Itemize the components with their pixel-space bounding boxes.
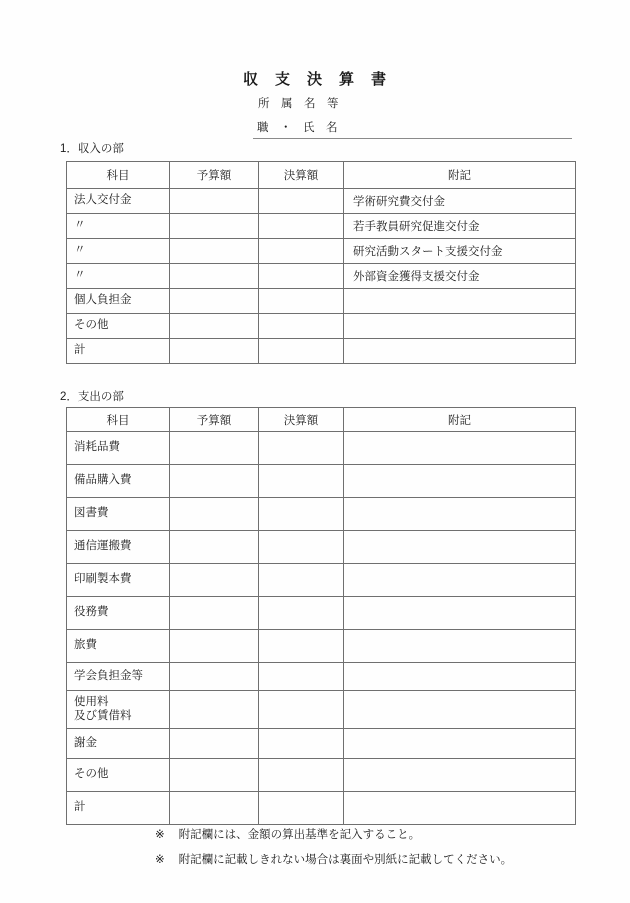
cell-note <box>344 498 576 531</box>
table-row: 使用料 及び賃借料 <box>67 691 576 729</box>
expense-col-settlement: 決算額 <box>259 408 344 432</box>
table-row: 印刷製本費 <box>67 564 576 597</box>
cell-settlement <box>259 239 344 264</box>
income-col-subject: 科目 <box>67 162 170 189</box>
cell-settlement <box>259 691 344 729</box>
cell-budget <box>170 531 259 564</box>
cell-budget <box>170 314 259 339</box>
table-row: 図書費 <box>67 498 576 531</box>
table-row: 通信運搬費 <box>67 531 576 564</box>
cell-budget <box>170 289 259 314</box>
cell-subject: 〃 <box>67 264 170 289</box>
income-col-budget: 予算額 <box>170 162 259 189</box>
cell-budget <box>170 264 259 289</box>
table-row: 備品購入費 <box>67 465 576 498</box>
cell-subject: 個人負担金 <box>67 289 170 314</box>
cell-note <box>344 564 576 597</box>
cell-budget <box>170 597 259 630</box>
income-header-row: 科目 予算額 決算額 附記 <box>67 162 576 189</box>
cell-settlement <box>259 339 344 364</box>
expense-col-subject: 科目 <box>67 408 170 432</box>
table-row: 計 <box>67 339 576 364</box>
cell-settlement <box>259 432 344 465</box>
table-row: 計 <box>67 792 576 825</box>
cell-settlement <box>259 189 344 214</box>
cell-note <box>344 531 576 564</box>
footnote: ※附記欄に記載しきれない場合は裏面や別紙に記載してください。 <box>155 851 512 867</box>
cell-note <box>344 465 576 498</box>
cell-note <box>344 663 576 691</box>
cell-note: 学術研究費交付金 <box>344 189 576 214</box>
cell-note <box>344 792 576 825</box>
table-row: その他 <box>67 759 576 792</box>
cell-budget <box>170 630 259 663</box>
cell-settlement <box>259 564 344 597</box>
cell-subject: 印刷製本費 <box>67 564 170 597</box>
name-underline <box>253 124 572 139</box>
cell-subject: その他 <box>67 759 170 792</box>
cell-subject: 計 <box>67 339 170 364</box>
cell-budget <box>170 691 259 729</box>
cell-budget <box>170 432 259 465</box>
footnote: ※附記欄には、金額の算出基準を記入すること。 <box>155 826 420 842</box>
cell-note: 研究活動スタート支援交付金 <box>344 239 576 264</box>
cell-settlement <box>259 264 344 289</box>
expense-col-budget: 予算額 <box>170 408 259 432</box>
cell-note <box>344 432 576 465</box>
cell-settlement <box>259 729 344 759</box>
cell-subject: 法人交付金 <box>67 189 170 214</box>
cell-budget <box>170 339 259 364</box>
settlement-report-page: 収 支 決 算 書 所 属 名 等 職 ・ 氏 名 1．収入の部 科目 予算額 … <box>0 0 630 903</box>
table-row: 法人交付金 学術研究費交付金 <box>67 189 576 214</box>
cell-subject: 旅費 <box>67 630 170 663</box>
table-row: 〃 若手教員研究促進交付金 <box>67 214 576 239</box>
affiliation-label: 所 属 名 等 <box>258 95 339 111</box>
cell-note <box>344 759 576 792</box>
cell-note <box>344 597 576 630</box>
cell-subject: 図書費 <box>67 498 170 531</box>
cell-subject: 通信運搬費 <box>67 531 170 564</box>
cell-subject: 計 <box>67 792 170 825</box>
cell-settlement <box>259 214 344 239</box>
cell-budget <box>170 465 259 498</box>
cell-note: 外部資金獲得支援交付金 <box>344 264 576 289</box>
expense-section-heading: 2．支出の部 <box>60 388 124 404</box>
cell-settlement <box>259 663 344 691</box>
table-row: 旅費 <box>67 630 576 663</box>
cell-subject: 学会負担金等 <box>67 663 170 691</box>
reference-mark: ※ <box>155 827 165 841</box>
income-col-settlement: 決算額 <box>259 162 344 189</box>
cell-note <box>344 339 576 364</box>
cell-note <box>344 729 576 759</box>
cell-budget <box>170 729 259 759</box>
cell-settlement <box>259 792 344 825</box>
cell-subject: 備品購入費 <box>67 465 170 498</box>
cell-budget <box>170 663 259 691</box>
cell-budget <box>170 189 259 214</box>
cell-note: 若手教員研究促進交付金 <box>344 214 576 239</box>
table-row: その他 <box>67 314 576 339</box>
cell-settlement <box>259 597 344 630</box>
expense-table: 科目 予算額 決算額 附記 消耗品費 備品購入費 図書費 <box>66 407 576 825</box>
cell-budget <box>170 759 259 792</box>
cell-subject: 〃 <box>67 239 170 264</box>
cell-settlement <box>259 630 344 663</box>
table-row: 〃 研究活動スタート支援交付金 <box>67 239 576 264</box>
table-row: 学会負担金等 <box>67 663 576 691</box>
cell-budget <box>170 792 259 825</box>
income-table: 科目 予算額 決算額 附記 法人交付金 学術研究費交付金 〃 若手教員研究促進交… <box>66 161 576 364</box>
cell-budget <box>170 214 259 239</box>
cell-budget <box>170 564 259 597</box>
footnote-text: 附記欄には、金額の算出基準を記入すること。 <box>179 829 421 841</box>
cell-settlement <box>259 759 344 792</box>
cell-note <box>344 289 576 314</box>
cell-subject: その他 <box>67 314 170 339</box>
income-section-heading: 1．収入の部 <box>60 140 124 156</box>
table-row: 消耗品費 <box>67 432 576 465</box>
footnote-text: 附記欄に記載しきれない場合は裏面や別紙に記載してください。 <box>179 854 513 866</box>
reference-mark: ※ <box>155 852 165 866</box>
cell-note <box>344 630 576 663</box>
table-row: 謝金 <box>67 729 576 759</box>
cell-settlement <box>259 314 344 339</box>
cell-note <box>344 314 576 339</box>
cell-subject: 〃 <box>67 214 170 239</box>
cell-settlement <box>259 531 344 564</box>
expense-header-row: 科目 予算額 決算額 附記 <box>67 408 576 432</box>
expense-col-note: 附記 <box>344 408 576 432</box>
cell-settlement <box>259 289 344 314</box>
cell-subject: 消耗品費 <box>67 432 170 465</box>
page-title: 収 支 決 算 書 <box>0 68 630 89</box>
table-row: 個人負担金 <box>67 289 576 314</box>
cell-budget <box>170 239 259 264</box>
cell-subject: 謝金 <box>67 729 170 759</box>
cell-subject: 役務費 <box>67 597 170 630</box>
cell-settlement <box>259 465 344 498</box>
table-row: 役務費 <box>67 597 576 630</box>
income-col-note: 附記 <box>344 162 576 189</box>
cell-budget <box>170 498 259 531</box>
table-row: 〃 外部資金獲得支援交付金 <box>67 264 576 289</box>
cell-settlement <box>259 498 344 531</box>
cell-note <box>344 691 576 729</box>
cell-subject: 使用料 及び賃借料 <box>67 691 170 729</box>
